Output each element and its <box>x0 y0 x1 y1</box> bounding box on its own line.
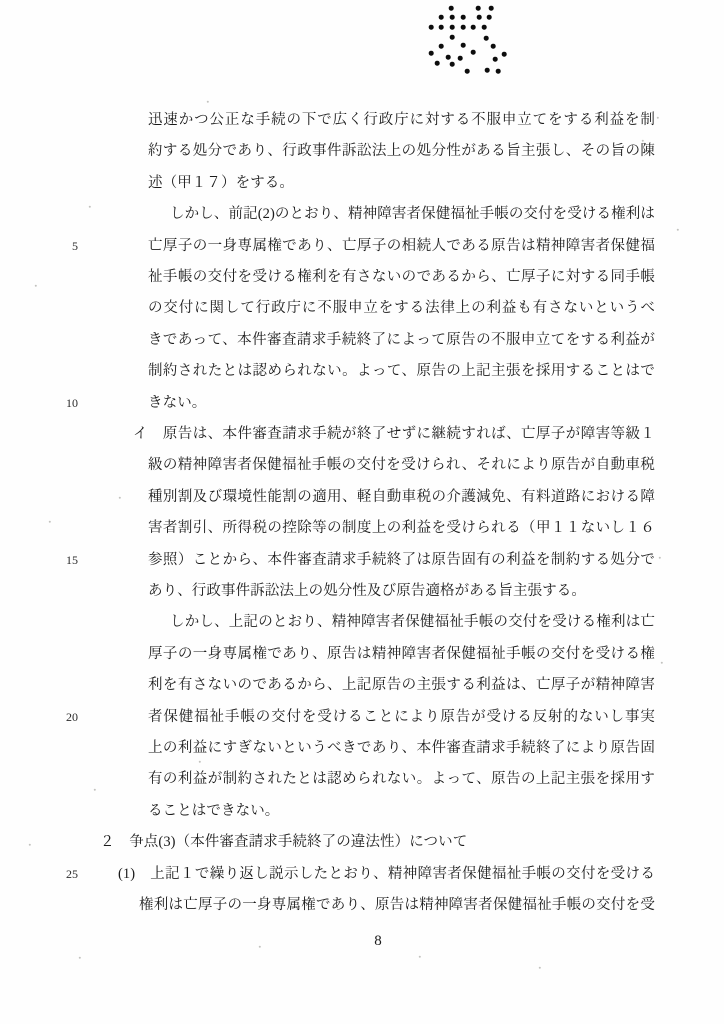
stamp-dot <box>435 61 440 66</box>
scan-speck <box>119 497 121 499</box>
document-line: 祉手帳の交付を受ける権利を有さないのであるから、亡厚子に対する同手帳 <box>148 261 655 293</box>
stamp-dot <box>450 35 455 40</box>
document-line: 級の精神障害者保健福祉手帳の交付を受けられ、それにより原告が自動車税 <box>148 449 655 481</box>
document-line: 厚子の一身専属権であり、原告は精神障害者保健福祉手帳の交付を受ける権 <box>148 638 655 670</box>
stamp-dot <box>476 6 481 11</box>
document-line: 上の利益にすぎないというべきであり、本件審査請求手続終了により原告固 <box>148 732 655 764</box>
stamp-dot <box>439 15 444 20</box>
document-line: しかし、前記(2)のとおり、精神障害者保健福祉手帳の交付を受ける権利は <box>170 198 655 230</box>
scan-speck <box>661 662 663 664</box>
scan-speck <box>89 206 91 208</box>
document-line: 制約されたとは認められない。よって、原告の上記主張を採用することはで <box>148 355 655 387</box>
line-number-marker: 15 <box>50 553 78 567</box>
scan-speck <box>677 229 679 231</box>
document-line: の交付に関して行政庁に不服申立をする法律上の利益も有さないというべ <box>148 292 655 324</box>
stamp-dot <box>471 50 476 55</box>
document-line: 迅速かつ公正な手続の下で広く行政庁に対する不服申立てをする利益を制 <box>148 104 655 136</box>
document-line: 種別割及び環境性能割の適用、軽自動車税の介護減免、有料道路における障 <box>148 481 655 513</box>
scan-speck <box>94 789 96 791</box>
document-line: 者保健福祉手帳の交付を受けることにより原告が受ける反射的ないし事実 <box>148 701 655 733</box>
stamp-dot <box>450 25 455 30</box>
stamp-dot <box>491 44 496 49</box>
stamp-dot <box>489 6 494 11</box>
stamp-dot <box>461 43 466 48</box>
stamp-dot <box>458 56 463 61</box>
stamp-dot <box>446 55 451 60</box>
document-line: きであって、本件審査請求手続終了によって原告の不服申立てをする利益が <box>148 324 655 356</box>
stamp-dot <box>502 52 507 57</box>
scan-speck <box>657 117 659 119</box>
scan-speck <box>419 956 421 958</box>
document-line: ２ 争点(3)（本件審査請求手続終了の違法性）について <box>100 826 655 858</box>
document-line: 述（甲１７）をする。 <box>148 167 655 199</box>
scan-speck <box>259 946 261 948</box>
scan-speck <box>49 521 51 523</box>
document-line: ることはできない。 <box>148 795 655 827</box>
document-line: 参照）ことから、本件審査請求手続終了は原告固有の利益を制約する処分で <box>148 544 655 576</box>
document-line: イ 原告は、本件審査請求手続が終了せずに継続すれば、亡厚子が障害等級１ <box>133 418 655 450</box>
stamp-dot <box>461 15 466 20</box>
stamp-dot <box>450 62 455 67</box>
document-line: きない。 <box>148 387 655 419</box>
scan-speck <box>29 844 31 846</box>
stamp-dot <box>477 15 482 20</box>
document-line: 約する処分であり、行政事件訴訟法上の処分性がある旨主張し、その旨の陳 <box>148 135 655 167</box>
stamp-dot <box>461 25 466 30</box>
document-line: あり、行政事件訴訟法上の処分性及び原告適格がある旨主張する。 <box>148 575 655 607</box>
stamp-dot <box>485 68 490 73</box>
line-number-marker: 25 <box>50 867 78 881</box>
stamp-dot <box>465 69 470 74</box>
scanned-page: 510152025 迅速かつ公正な手続の下で広く行政庁に対する不服申立てをする利… <box>0 0 724 1024</box>
stamp-dot <box>493 57 498 62</box>
line-number-marker: 5 <box>50 239 78 253</box>
stamp-dot <box>484 36 489 41</box>
stamp-dot <box>450 15 455 20</box>
scan-speck <box>207 101 209 103</box>
stamp-dot <box>439 44 444 49</box>
document-line: (1) 上記１で繰り返し説示したとおり、精神障害者保健福祉手帳の交付を受ける <box>118 858 655 890</box>
stamp-dot <box>487 15 492 20</box>
line-number-marker: 20 <box>50 710 78 724</box>
document-line: 有の利益が制約されたとは認められない。よって、原告の上記主張を採用す <box>148 763 655 795</box>
document-line: しかし、上記のとおり、精神障害者保健福祉手帳の交付を受ける権利は亡 <box>170 606 655 638</box>
stamp-dot <box>429 25 434 30</box>
stamp-dot <box>429 51 434 56</box>
document-line: 亡厚子の一身専属権であり、亡厚子の相続人である原告は精神障害者保健福 <box>148 230 655 262</box>
line-number-marker: 10 <box>50 396 78 410</box>
stamp-dot <box>496 69 501 74</box>
scan-speck <box>539 967 541 969</box>
page-number: 8 <box>358 931 398 951</box>
scan-speck <box>659 557 661 559</box>
stamp-dot <box>439 25 444 30</box>
stamp-dot <box>471 25 476 30</box>
document-line: 害者割引、所得税の控除等の制度上の利益を受けられる（甲１１ないし１６ <box>148 512 655 544</box>
document-line: 権利は亡厚子の一身専属権であり、原告は精神障害者保健福祉手帳の交付を受 <box>139 889 655 921</box>
stamp-dot <box>449 6 454 11</box>
scan-speck <box>35 285 37 287</box>
document-line: 利を有さないのであるから、上記原告の主張する利益は、亡厚子が精神障害 <box>148 669 655 701</box>
scan-speck <box>79 957 81 959</box>
stamp-dot <box>482 25 487 30</box>
